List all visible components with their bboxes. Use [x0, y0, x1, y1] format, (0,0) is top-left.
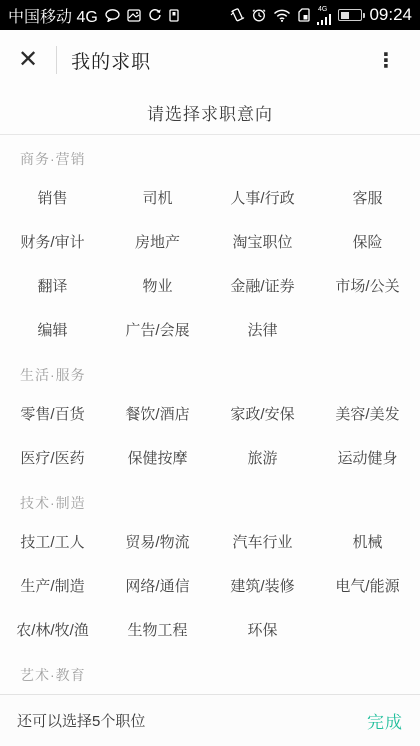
job-option[interactable]: 机械 [315, 519, 420, 563]
job-option[interactable]: 销售 [0, 175, 105, 219]
subtitle-row: 请选择求职意向 [0, 90, 420, 135]
job-grid: 零售/百货餐饮/酒店家政/安保美容/美发医疗/医药保健按摩旅游运动健身 [0, 391, 420, 479]
message-bubble-icon [105, 9, 120, 22]
job-option[interactable]: 建筑/装修 [210, 563, 315, 607]
job-option[interactable]: 房地产 [105, 219, 210, 263]
section-title: 商务·营销 [20, 149, 400, 169]
job-option[interactable]: 餐饮/酒店 [105, 391, 210, 435]
alarm-icon [252, 8, 266, 22]
wifi-icon [273, 9, 291, 22]
subtitle-text: 请选择求职意向 [147, 100, 273, 125]
job-option[interactable]: 美容/美发 [315, 391, 420, 435]
job-grid: 技工/工人贸易/物流汽车行业机械生产/制造网络/通信建筑/装修电气/能源农/林/… [0, 519, 420, 651]
job-option[interactable]: 保险 [315, 219, 420, 263]
job-option[interactable]: 农/林/牧/渔 [0, 607, 105, 651]
job-option[interactable]: 司机 [105, 175, 210, 219]
page-title: 我的求职 [71, 47, 151, 74]
job-option[interactable]: 运动健身 [315, 435, 420, 479]
header-divider [56, 46, 57, 74]
more-menu-icon[interactable]: ⋮ [368, 46, 404, 75]
close-icon[interactable]: ✕ [16, 44, 40, 76]
job-grid: 销售司机人事/行政客服财务/审计房地产淘宝职位保险翻译物业金融/证券市场/公关编… [0, 175, 420, 351]
section-title: 艺术·教育 [20, 665, 400, 685]
storage-card-icon [169, 9, 179, 22]
job-option[interactable]: 环保 [210, 607, 315, 651]
job-option[interactable]: 家政/安保 [210, 391, 315, 435]
job-option[interactable]: 财务/审计 [0, 219, 105, 263]
job-option[interactable]: 技工/工人 [0, 519, 105, 563]
job-option[interactable]: 市场/公关 [315, 263, 420, 307]
phone-screen: 中国移动 4G [0, 0, 420, 746]
job-option[interactable]: 淘宝职位 [210, 219, 315, 263]
job-option[interactable]: 网络/通信 [105, 563, 210, 607]
job-option[interactable]: 金融/证券 [210, 263, 315, 307]
header-bar: ✕ 我的求职 ⋮ [0, 30, 420, 90]
job-option[interactable]: 广告/会展 [105, 307, 210, 351]
gallery-icon [127, 9, 141, 22]
section-title: 技术·制造 [20, 493, 400, 513]
job-option[interactable]: 编辑 [0, 307, 105, 351]
job-category-list: 商务·营销销售司机人事/行政客服财务/审计房地产淘宝职位保险翻译物业金融/证券市… [0, 135, 420, 694]
sim-card-icon [298, 8, 310, 22]
battery-icon [338, 9, 362, 21]
status-bar: 中国移动 4G [0, 0, 420, 30]
sync-icon [148, 8, 162, 22]
section-title: 生活·服务 [20, 365, 400, 385]
signal-bars-icon: 4G [317, 6, 332, 25]
job-option[interactable]: 人事/行政 [210, 175, 315, 219]
job-option[interactable]: 物业 [105, 263, 210, 307]
vibrate-icon [230, 8, 245, 22]
network-type-label: 4G [318, 6, 327, 13]
job-option[interactable]: 翻译 [0, 263, 105, 307]
job-option[interactable]: 客服 [315, 175, 420, 219]
job-option[interactable]: 零售/百货 [0, 391, 105, 435]
clock-label: 09:24 [369, 5, 412, 25]
job-option[interactable]: 医疗/医药 [0, 435, 105, 479]
carrier-label: 中国移动 4G [8, 4, 98, 27]
job-option[interactable]: 生物工程 [105, 607, 210, 651]
job-option[interactable]: 贸易/物流 [105, 519, 210, 563]
job-option[interactable]: 保健按摩 [105, 435, 210, 479]
job-option[interactable]: 生产/制造 [0, 563, 105, 607]
done-button[interactable]: 完成 [367, 708, 403, 733]
job-option[interactable]: 电气/能源 [315, 563, 420, 607]
job-option[interactable]: 法律 [210, 307, 315, 351]
job-option[interactable]: 汽车行业 [210, 519, 315, 563]
job-option[interactable]: 旅游 [210, 435, 315, 479]
remaining-count-text: 还可以选择5个职位 [17, 710, 145, 731]
footer-bar: 还可以选择5个职位 完成 [0, 694, 420, 746]
